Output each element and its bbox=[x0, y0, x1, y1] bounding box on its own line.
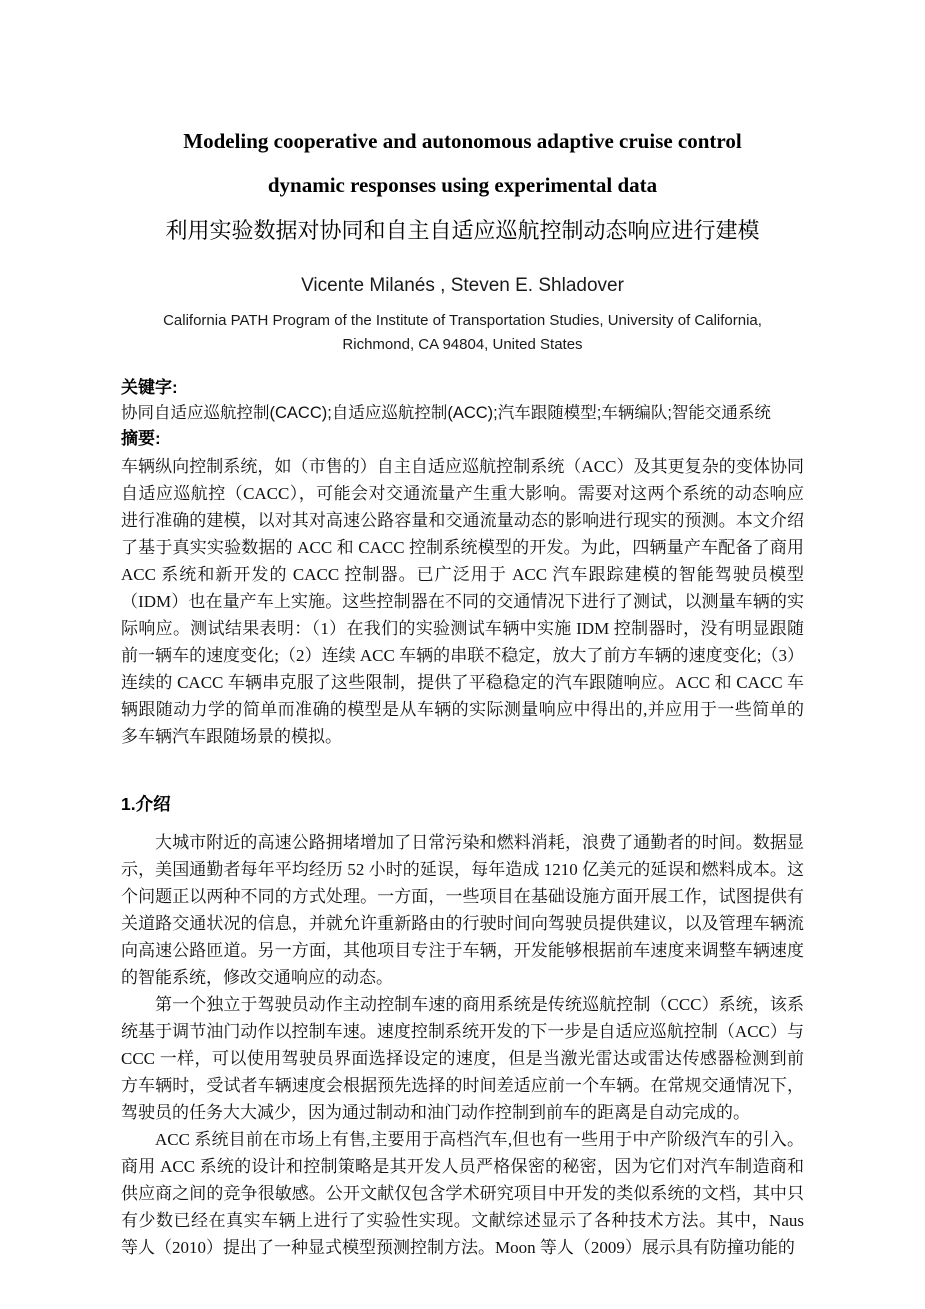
document-page: Modeling cooperative and autonomous adap… bbox=[0, 0, 925, 1309]
section-1-heading: 1.介绍 bbox=[121, 792, 804, 816]
section-1-paragraph-2: 第一个独立于驾驶员动作主动控制车速的商用系统是传统巡航控制（CCC）系统，该系统… bbox=[121, 991, 804, 1126]
abstract-text: 车辆纵向控制系统，如（市售的）自主自适应巡航控制系统（ACC）及其更复杂的变体协… bbox=[121, 453, 804, 750]
paper-title-english: Modeling cooperative and autonomous adap… bbox=[121, 128, 804, 199]
paper-title-chinese: 利用实验数据对协同和自主自适应巡航控制动态响应进行建模 bbox=[121, 216, 804, 246]
paper-title-english-line1: Modeling cooperative and autonomous adap… bbox=[121, 128, 804, 155]
affiliation-line1: California PATH Program of the Institute… bbox=[121, 309, 804, 333]
affiliation: California PATH Program of the Institute… bbox=[121, 309, 804, 357]
abstract-label: 摘要: bbox=[121, 427, 804, 451]
section-1-paragraph-1: 大城市附近的高速公路拥堵增加了日常污染和燃料消耗，浪费了通勤者的时间。数据显示，… bbox=[121, 829, 804, 991]
keywords-text: 协同自适应巡航控制(CACC);自适应巡航控制(ACC);汽车跟随模型;车辆编队… bbox=[121, 401, 804, 426]
paper-title-english-line2: dynamic responses using experimental dat… bbox=[121, 172, 804, 199]
affiliation-line2: Richmond, CA 94804, United States bbox=[121, 333, 804, 357]
section-1-paragraph-3: ACC 系统目前在市场上有售,主要用于高档汽车,但也有一些用于中产阶级汽车的引入… bbox=[121, 1126, 804, 1261]
keywords-label: 关键字: bbox=[121, 376, 804, 400]
authors-line: Vicente Milanés , Steven E. Shladover bbox=[121, 273, 804, 298]
